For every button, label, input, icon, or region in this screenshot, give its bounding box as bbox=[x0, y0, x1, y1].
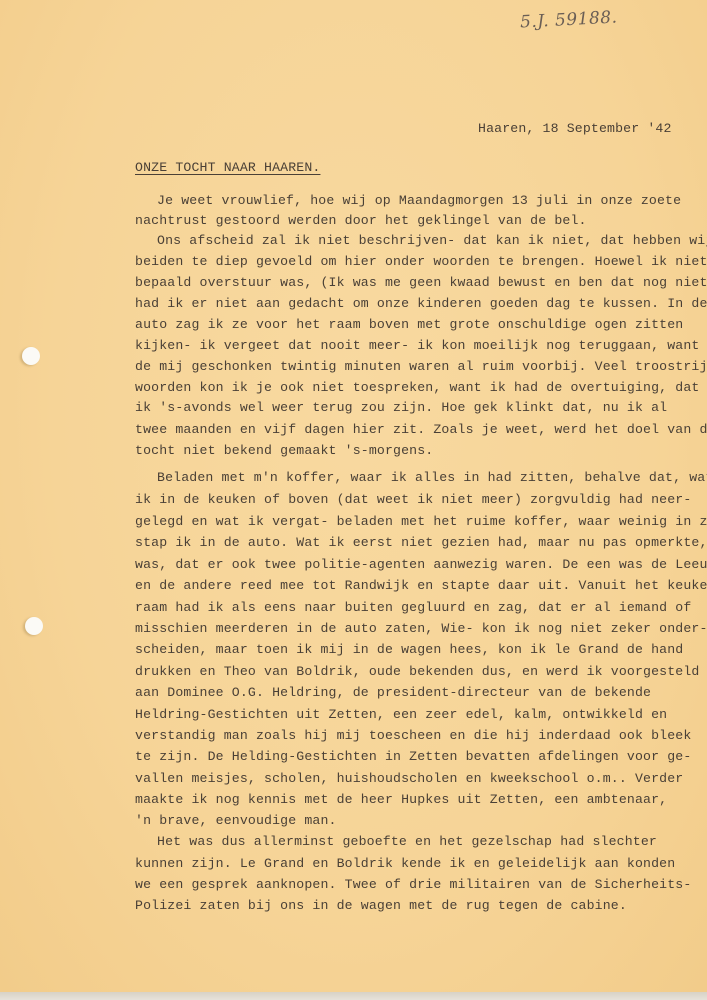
text-line: twee maanden en vijf dagen hier zit. Zoa… bbox=[135, 422, 707, 437]
punch-hole-top bbox=[22, 347, 40, 365]
text-line: auto zag ik ze voor het raam boven met g… bbox=[135, 317, 683, 332]
dateline: Haaren, 18 September '42 bbox=[478, 121, 672, 136]
text-line: bepaald overstuur was, (Ik was me geen k… bbox=[135, 275, 707, 290]
text-line: gelegd en wat ik vergat- beladen met het… bbox=[135, 514, 707, 529]
text-line: en de andere reed mee tot Randwijk en st… bbox=[135, 578, 707, 593]
archive-number: 5.J. 59188. bbox=[520, 7, 618, 32]
text-line: Polizei zaten bij ons in de wagen met de… bbox=[135, 898, 627, 913]
punch-hole-bottom bbox=[25, 617, 43, 635]
text-line: tocht niet bekend gemaakt 's-morgens. bbox=[135, 443, 433, 458]
text-line: maakte ik nog kennis met de heer Hupkes … bbox=[135, 792, 667, 807]
text-line: nachtrust gestoord werden door het gekli… bbox=[135, 213, 587, 228]
text-line: had ik er niet aan gedacht om onze kinde… bbox=[135, 296, 707, 311]
text-line: kunnen zijn. Le Grand en Boldrik kende i… bbox=[135, 856, 675, 871]
text-line: beiden te diep gevoeld om hier onder woo… bbox=[135, 254, 707, 269]
text-line: Ons afscheid zal ik niet beschrijven- da… bbox=[157, 233, 707, 248]
text-line: we een gesprek aanknopen. Twee of drie m… bbox=[135, 877, 691, 892]
text-line: de mij geschonken twintig minuten waren … bbox=[135, 359, 707, 374]
text-line: scheiden, maar toen ik mij in de wagen h… bbox=[135, 642, 683, 657]
text-line: verstandig man zoals hij mij toescheen e… bbox=[135, 728, 691, 743]
text-line: Heldring-Gestichten uit Zetten, een zeer… bbox=[135, 707, 667, 722]
scan-edge bbox=[0, 992, 707, 1000]
text-line: Je weet vrouwlief, hoe wij op Maandagmor… bbox=[157, 193, 681, 208]
text-line: ik 's-avonds wel weer terug zou zijn. Ho… bbox=[135, 400, 667, 415]
text-line: woorden kon ik je ook niet toespreken, w… bbox=[135, 380, 699, 395]
text-line: drukken en Theo van Boldrik, oude bekend… bbox=[135, 664, 699, 679]
text-line: 'n brave, eenvoudige man. bbox=[135, 813, 337, 828]
document-title: ONZE TOCHT NAAR HAAREN. bbox=[135, 160, 320, 175]
text-line: kijken- ik vergeet dat nooit meer- ik ko… bbox=[135, 338, 699, 353]
text-line: ik in de keuken of boven (dat weet ik ni… bbox=[135, 492, 691, 507]
text-line: vallen meisjes, scholen, huishoudscholen… bbox=[135, 771, 683, 786]
text-line: misschien meerderen in de auto zaten, Wi… bbox=[135, 621, 707, 636]
text-line: stap ik in de auto. Wat ik eerst niet ge… bbox=[135, 535, 707, 550]
text-line: Het was dus allerminst geboefte en het g… bbox=[157, 834, 657, 849]
text-line: raam had ik als eens naar buiten gegluur… bbox=[135, 600, 691, 615]
text-line: was, dat er ook twee politie-agenten aan… bbox=[135, 557, 707, 572]
document-page: 5.J. 59188. Haaren, 18 September '42 ONZ… bbox=[0, 0, 707, 992]
text-line: aan Dominee O.G. Heldring, de president-… bbox=[135, 685, 651, 700]
text-line: Beladen met m'n koffer, waar ik alles in… bbox=[157, 470, 707, 485]
text-line: te zijn. De Helding-Gestichten in Zetten… bbox=[135, 749, 691, 764]
